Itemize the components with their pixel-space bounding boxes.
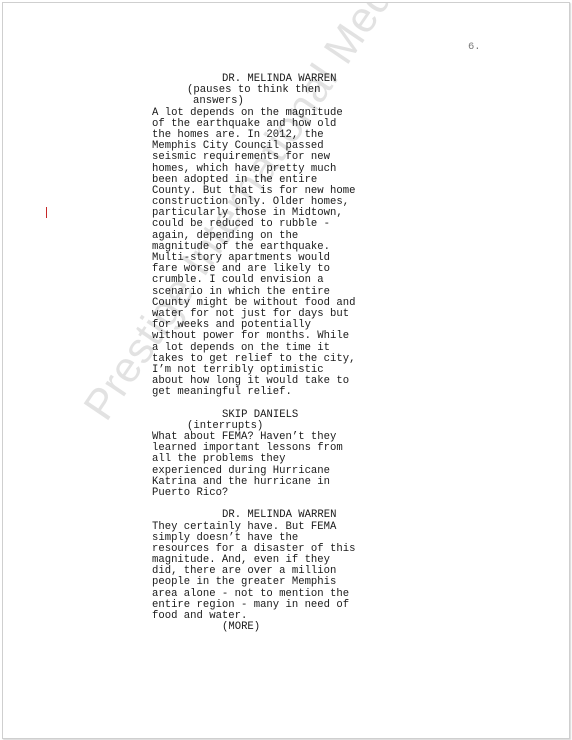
dialogue-line: Puerto Rico? — [152, 488, 412, 499]
dialogue: They certainly have. But FEMAsimply does… — [152, 522, 412, 623]
dialogue-line: crumble. I could envision a — [152, 275, 412, 286]
dialogue-line: people in the greater Memphis — [152, 577, 412, 588]
dialogue-line: homes, which have pretty much — [152, 164, 412, 175]
dialogue-line: They certainly have. But FEMA — [152, 522, 412, 533]
dialogue-line: could be reduced to rubble - — [152, 219, 412, 230]
dialogue: A lot depends on the magnitudeof the ear… — [152, 108, 412, 399]
dialogue-line: without power for months. While — [152, 331, 412, 342]
dialogue-line: a lot depends on the time it — [152, 343, 412, 354]
dialogue-line: all the problems they — [152, 454, 412, 465]
parenthetical: (pauses to think then — [152, 85, 412, 96]
dialogue-block: SKIP DANIELS (interrupts) What about FEM… — [152, 410, 412, 500]
dialogue-line: food and water. — [152, 611, 412, 622]
dialogue-block: DR. MELINDA WARREN They certainly have. … — [152, 510, 412, 633]
dialogue-block: DR. MELINDA WARREN (pauses to think then… — [152, 74, 412, 398]
character-name: DR. MELINDA WARREN — [152, 510, 412, 521]
screenplay-body[interactable]: DR. MELINDA WARREN (pauses to think then… — [152, 74, 412, 633]
dialogue-line: seismic requirements for new — [152, 152, 412, 163]
text-cursor — [46, 207, 47, 218]
dialogue-line: get meaningful relief. — [152, 387, 412, 398]
script-page: 6. Prestige International Media DR. MELI… — [2, 2, 570, 739]
page-number: 6. — [468, 41, 481, 53]
parenthetical: answers) — [152, 96, 412, 107]
dialogue: What about FEMA? Haven’t theylearned imp… — [152, 432, 412, 499]
more-continuation: (MORE) — [152, 622, 412, 633]
